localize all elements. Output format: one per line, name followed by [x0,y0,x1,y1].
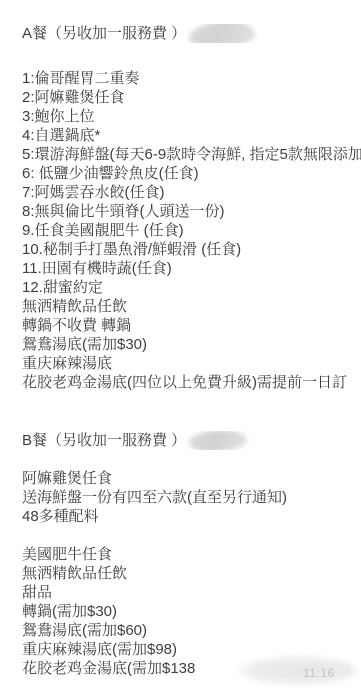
section-b-title: B餐（另收加一服務費 ） [22,431,186,450]
menu-line: 2:阿嫲雞煲任食 [0,88,361,107]
menu-line: 7:阿媽雲吞水餃(任食) [0,183,361,202]
menu-line: 花胶老鸡金湯底(四位以上免費升級)需提前一日訂 [0,373,361,392]
menu-line: 3:鮑你上位 [0,107,361,126]
menu-line: 無洒精飲品任飲 [0,297,361,316]
menu-line: 美國肥牛任食 [0,545,361,564]
menu-line: 鴛鴦湯底(需加$30) [0,335,361,354]
redacted-price-blob-b [189,431,248,450]
timestamp-watermark: 11:16 [303,666,335,680]
menu-line: 4:自選鍋底* [0,126,361,145]
menu-line: 48多種配料 [0,507,361,526]
menu-line: 11.田園有機時蔬(任食) [0,259,361,278]
watermark-smudge [238,656,356,685]
section-b-group1: 阿嫲雞煲任食 送海鮮盤一份有四至六款(直至另行通知) 48多種配料 [0,469,361,526]
menu-line: 6: 低鹽少油響鈴魚皮(任食) [0,164,361,183]
menu-line: 9.任食美國靚肥牛 (任食) [0,221,361,240]
menu-line: 甜品 [0,583,361,602]
section-a-header: A餐（另收加一服務費 ） [0,24,361,43]
section-a-title: A餐（另收加一服務費 ） [22,24,186,43]
redacted-price-blob-a [188,24,256,43]
menu-line: 12.甜蜜約定 [0,278,361,297]
menu-text-page: A餐（另收加一服務費 ） 1:倫哥醒胃二重奏 2:阿嫲雞煲任食 3:鮑你上位 4… [0,0,361,693]
menu-line: 8:無與倫比牛頸脊(人頭送一份) [0,202,361,221]
menu-line: 阿嫲雞煲任食 [0,469,361,488]
section-a-list: 1:倫哥醒胃二重奏 2:阿嫲雞煲任食 3:鮑你上位 4:自選鍋底* 5:環游海鮮… [0,69,361,392]
menu-line: 無洒精飲品任飲 [0,564,361,583]
menu-line: 送海鮮盤一份有四至六款(直至另行通知) [0,488,361,507]
menu-line: 1:倫哥醒胃二重奏 [0,69,361,88]
menu-line: 重庆麻辣湯底 [0,354,361,373]
menu-line: 鴛鴦湯底(需加$60) [0,621,361,640]
menu-line: 轉鍋(需加$30) [0,602,361,621]
menu-line: 10.秘制手打墨魚滑/鮮蝦滑 (任食) [0,240,361,259]
menu-line: 轉鍋不收費 轉鍋 [0,316,361,335]
section-b-header: B餐（另收加一服務費 ） [0,431,361,450]
menu-line: 5:環游海鮮盤(每天6-9款時令海鮮, 指定5款無限添加) [0,145,361,164]
